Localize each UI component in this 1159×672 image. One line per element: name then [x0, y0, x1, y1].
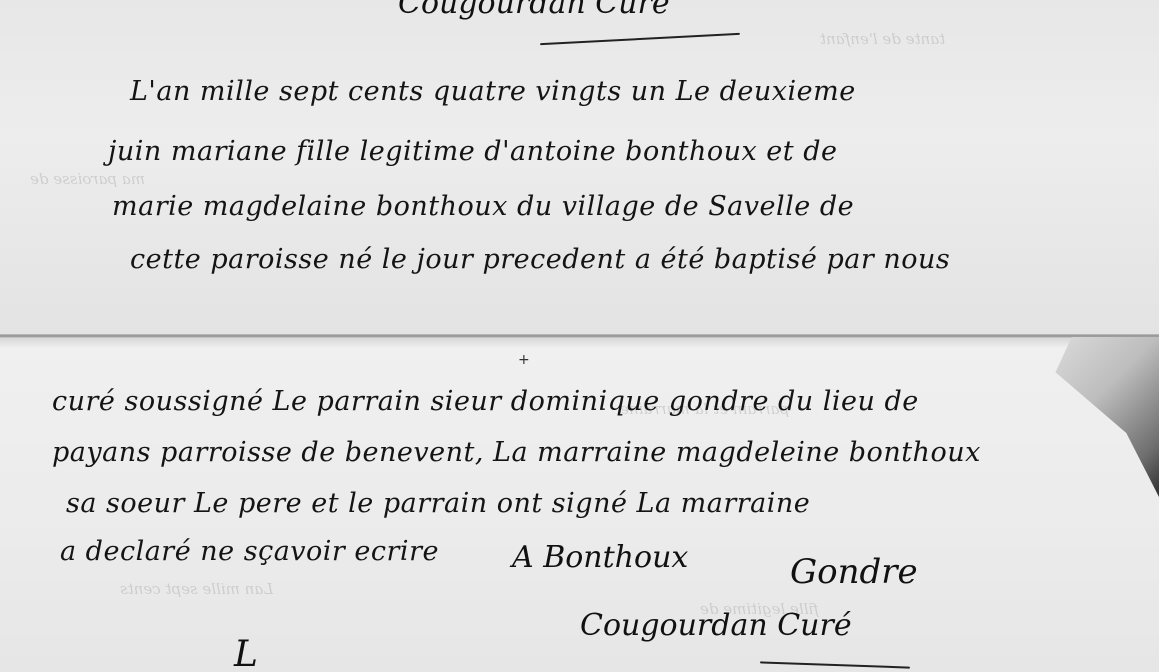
bleed-through-text: tante de l'enfant	[820, 30, 945, 48]
entry-line-8: a declaré ne sçavoir ecrire	[60, 536, 439, 567]
upper-page	[0, 0, 1159, 337]
entry-line-3: marie magdelaine bonthoux du village de …	[112, 191, 854, 222]
entry-line-5: curé soussigné Le parrain sieur dominiqu…	[52, 386, 919, 417]
signature-priest: Cougourdan Curé	[580, 608, 852, 643]
signature-godfather: Gondre	[790, 552, 918, 592]
margin-cross-mark: +	[518, 352, 530, 368]
header-signature: Cougourdan Curé	[398, 0, 670, 21]
entry-line-6: payans parroisse de benevent, La marrain…	[52, 437, 981, 468]
register-scan: ma paroisse de tante de l'enfant Lan mil…	[0, 0, 1159, 672]
partial-next-entry: L	[234, 634, 258, 672]
signature-father: A Bonthoux	[512, 540, 688, 575]
entry-line-7: sa soeur Le pere et le parrain ont signé…	[66, 488, 810, 519]
bleed-through-text: ma paroisse de	[30, 170, 145, 188]
page-fold-shadow	[0, 338, 1159, 348]
entry-line-4: cette paroisse né le jour precedent a ét…	[130, 244, 950, 275]
bleed-through-text: Lan mille sept cents	[120, 580, 273, 598]
entry-line-2: juin mariane fille legitime d'antoine bo…	[108, 136, 837, 167]
entry-line-1: L'an mille sept cents quatre vingts un L…	[130, 76, 856, 107]
